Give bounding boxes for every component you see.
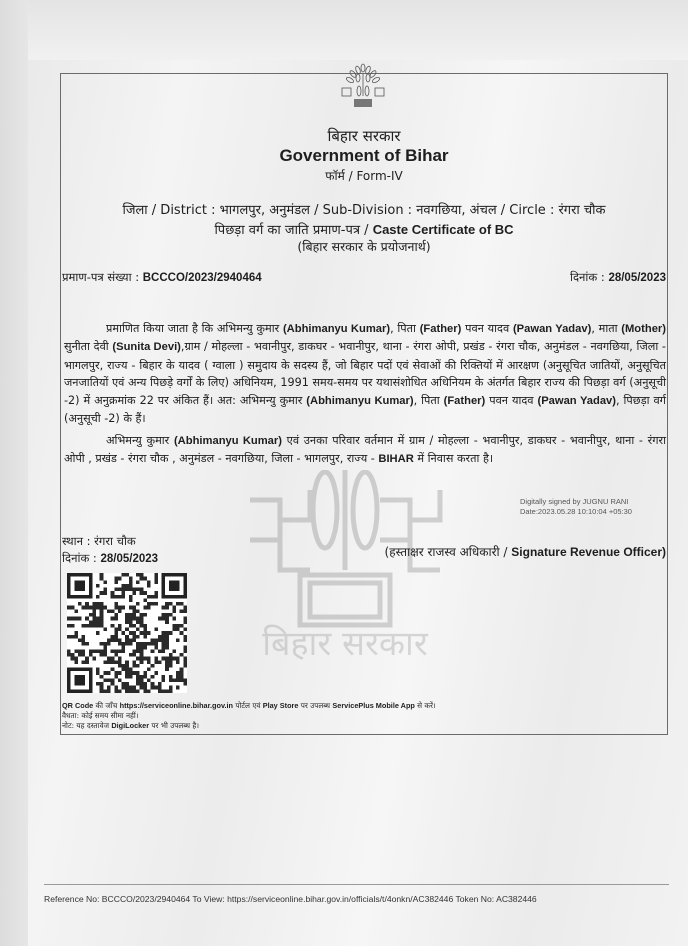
place-date-label: दिनांक : bbox=[62, 551, 97, 565]
scan-edge bbox=[0, 0, 28, 946]
service-url-link[interactable]: https://serviceonline.bihar.gov.in bbox=[120, 701, 233, 710]
signed-date: Date:2023.05.28 10:10:04 +05:30 bbox=[520, 507, 632, 517]
date-label: दिनांक : bbox=[570, 270, 605, 284]
certificate-number: प्रमाण-पत्र संख्या : BCCCO/2023/2940464 bbox=[62, 270, 262, 285]
place-label: स्थान : bbox=[62, 534, 90, 548]
place-value: रंगरा चौक bbox=[94, 534, 136, 548]
footer-divider bbox=[44, 884, 669, 885]
govt-name-english: Government of Bihar bbox=[60, 146, 668, 166]
qr-note: QR Code की जाँच https://serviceonline.bi… bbox=[62, 701, 436, 711]
place-block: स्थान : रंगरा चौक दिनांक : 28/05/2023 bbox=[62, 533, 158, 568]
cert-no-label: प्रमाण-पत्र संख्या : bbox=[62, 270, 139, 284]
district-label: जिला / District : bbox=[122, 203, 215, 218]
certificate-purpose: (बिहार सरकार के प्रयोजनार्थ) bbox=[60, 238, 668, 255]
paper-fold bbox=[28, 0, 688, 60]
form-number: फॉर्म / Form-IV bbox=[60, 167, 668, 184]
validity-note: वैधता: कोई समय सीमा नहीं। bbox=[62, 711, 436, 721]
govt-name-hindi: बिहार सरकार bbox=[60, 126, 668, 146]
circle-label: अंचल / Circle : bbox=[470, 203, 555, 218]
signed-by: Digitally signed by JUGNU RANI bbox=[520, 497, 632, 507]
certification-paragraph: प्रमाणित किया जाता है कि अभिमन्यु कुमार … bbox=[64, 320, 666, 427]
sig-hindi: (हस्ताक्षर राजस्व अधिकारी / bbox=[385, 545, 508, 559]
verification-notes: QR Code की जाँच https://serviceonline.bi… bbox=[62, 701, 436, 732]
issue-date: दिनांक : 28/05/2023 bbox=[570, 270, 666, 285]
cert-no-value: BCCCO/2023/2940464 bbox=[143, 272, 262, 284]
location-line: जिला / District : भागलपुर, अनुमंडल / Sub… bbox=[60, 200, 668, 218]
title-hindi: पिछड़ा वर्ग का जाति प्रमाण-पत्र / bbox=[214, 223, 368, 238]
place-date-value: 28/05/2023 bbox=[100, 553, 158, 565]
residence-paragraph: अभिमन्यु कुमार (Abhimanyu Kumar) एवं उनक… bbox=[64, 432, 666, 469]
sig-english: Signature Revenue Officer) bbox=[511, 545, 666, 559]
qr-code[interactable] bbox=[67, 573, 187, 693]
circle-value: रंगरा चौक bbox=[558, 203, 605, 218]
bihar-emblem-icon bbox=[336, 60, 390, 110]
district-value: भागलपुर, bbox=[220, 203, 265, 218]
date-value: 28/05/2023 bbox=[608, 272, 666, 284]
certificate-title: पिछड़ा वर्ग का जाति प्रमाण-पत्र / Caste … bbox=[60, 220, 668, 238]
reference-footer: Reference No: BCCCO/2023/2940464 To View… bbox=[44, 894, 537, 904]
digital-signature: Digitally signed by JUGNU RANI Date:2023… bbox=[520, 497, 632, 517]
signature-officer: (हस्ताक्षर राजस्व अधिकारी / Signature Re… bbox=[385, 543, 666, 560]
subdivision-label: अनुमंडल / Sub-Division : bbox=[269, 203, 412, 218]
digilocker-note: नोट: यह दस्तावेज DigiLocker पर भी उपलब्ध… bbox=[62, 721, 436, 731]
subdivision-value: नवगछिया, bbox=[416, 203, 465, 218]
title-english: Caste Certificate of BC bbox=[373, 222, 514, 237]
